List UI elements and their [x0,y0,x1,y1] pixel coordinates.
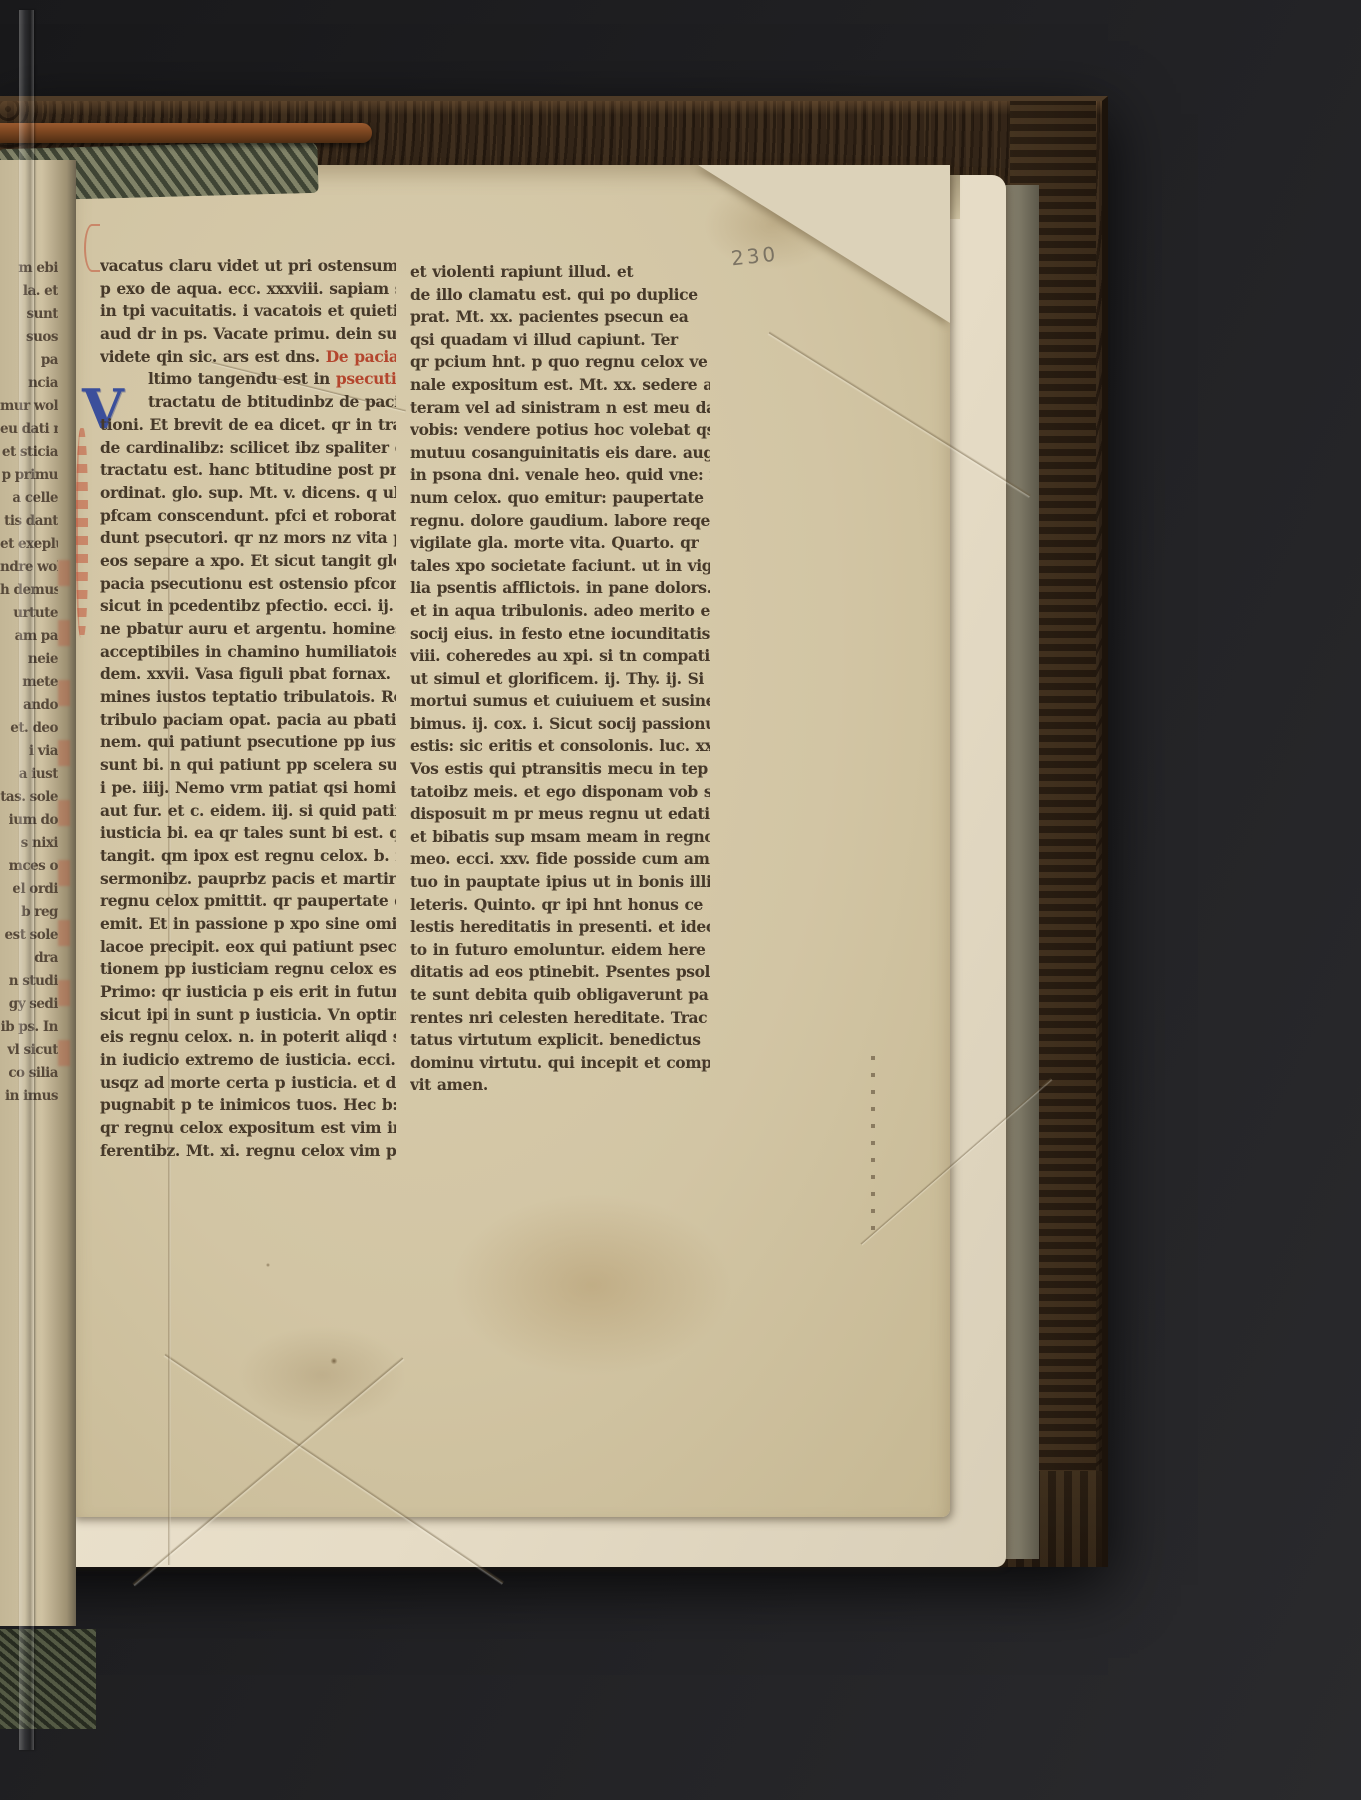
text-line: ordinat. glo. sup. Mt. v. dicens. q ubz … [100,483,396,506]
text-line: ltimo tangendu est in psecutioni [100,369,396,392]
text-line: usqz ad morte certa p iusticia. et ds ex [100,1073,396,1096]
text-line: eos separe a xpo. Et sicut tangit glo. i… [100,551,396,574]
text-line: pugnabit p te inimicos tuos. Hec b: [100,1095,396,1118]
glass-weight-strip [19,10,34,1750]
text-line: emit. Et in passione p xpo sine omi di [100,914,396,937]
text-line: tribulo paciam opat. pacia au pbatio [100,710,396,733]
text-line: in iudicio extremo de iusticia. ecci. ii… [100,1050,396,1073]
text-line: Primo: qr iusticia p eis erit in futuro [100,982,396,1005]
text-line: meo. ecci. xxv. fide posside cum amico [410,849,710,872]
text-line: rentes nri celesten hereditate. Trac [410,1008,710,1031]
text-line: tractatu de btitudinbz de pacia psecu [100,392,396,415]
text-line: mortui sumus et cuiuiuem et susine [410,691,710,714]
text-line: teram vel ad sinistram n est meu dare [410,398,710,421]
text-line: regnu. dolore gaudium. labore reqes. [410,511,710,534]
text-line: acceptibiles in chamino humiliatois. ei [100,642,396,665]
text-line: aut fur. et c. eidem. iij. si quid patim… [100,801,396,824]
text-line: to in futuro emoluntur. eidem here [410,940,710,963]
text-line: sermonibz. pauprbz pacis et martiribz [100,869,396,892]
text-line: lia psentis afflictois. in pane dolors. [410,578,710,601]
text-line: regnu celox pmittit. qr paupertate qd [100,891,396,914]
red-penwork-streaks [58,560,70,1080]
facing-page-sliver: m ebila. etsuntsuospanciamur woleu dati … [0,160,76,1626]
text-line: dominu virtutu. qui incepit et comple [410,1053,710,1076]
text-line: in psona dni. venale heo. quid vne: reg [410,465,710,488]
rubric-text: De pacia [326,347,396,366]
binding-rod [0,123,372,143]
text-line: nem. qui patiunt psecutione pp iusticia [100,732,396,755]
text-line: vit amen. [410,1075,710,1098]
text-line: mutuu cosanguinitatis eis dare. aug. [410,443,710,466]
text-line: lestis hereditatis in presenti. et ideo … [410,917,710,940]
text-line: qr pcium hnt. p quo regnu celox ve [410,352,710,375]
text-line: tractatu est. hanc btitudine post predca… [100,460,396,483]
text-line: lacoe precipit. eox qui patiunt psecu [100,937,396,960]
text-line: disposuit m pr meus regnu ut edatis [410,804,710,827]
text-column-right: et violenti rapiunt illud. etde illo cla… [410,262,710,1098]
rubric-text: psecutioni [336,369,396,388]
text-line: ditatis ad eos ptinebit. Psentes psolu [410,962,710,985]
text-line: de cardinalibz: scilicet ibz spaliter de… [100,438,396,461]
text-line: tatoibz meis. et ego disponam vob sic [410,782,710,805]
text-line: leteris. Quinto. qr ipi hnt honus ce [410,895,710,918]
text-line: nale expositum est. Mt. xx. sedere ad de… [410,375,710,398]
text-line: ne pbatur auru et argentu. homines u [100,619,396,642]
text-line: qr regnu celox expositum est vim in [100,1118,396,1141]
text-line: sunt bi. n qui patiunt pp scelera sua. [100,755,396,778]
folded-page-corner [698,165,950,323]
text-line: p exo de aqua. ecc. xxxviii. sapiam scri… [100,279,396,302]
text-line: in tpi vacuitatis. i vacatois et quietis… [100,301,396,324]
text-line: tatus virtutum explicit. benedictus [410,1030,710,1053]
text-line: socij eius. in festo etne iocunditatis. … [410,624,710,647]
text-line: tionem pp iusticiam regnu celox est. [100,959,396,982]
text-line: estis: sic eritis et consolonis. luc. xx… [410,736,710,759]
text-line: prat. Mt. xx. pacientes psecun ea [410,307,710,330]
text-line: aud dr in ps. Vacate primu. dein subdit [100,324,396,347]
text-line: tales xpo societate faciunt. ut in vigi [410,556,710,579]
text-line: et bibatis sup msam meam in regno [410,827,710,850]
text-line: i pe. iiij. Nemo vrm patiat qsi homicida [100,778,396,801]
text-line: pacia psecutionu est ostensio pfcors et … [100,574,396,597]
leather-top-edge [0,101,1102,115]
text-line: et in aqua tribulonis. adeo merito erit [410,601,710,624]
text-line: ferentibz. Mt. xi. regnu celox vim patit… [100,1141,396,1164]
text-line: vobis: vendere potius hoc volebat qsn [410,420,710,443]
text-line: tioni. Et brevit de ea dicet. qr in trac… [100,415,396,438]
text-line: sicut in pcedentibz pfectio. ecci. ij. I… [100,596,396,619]
text-line: pfcam conscendunt. pfci et roborati no c… [100,506,396,529]
text-line: viii. coheredes au xpi. si tn compatim [410,646,710,669]
text-line: num celox. quo emitur: paupertate [410,488,710,511]
text-line: mines iustos teptatio tribulatois. Ro. v… [100,687,396,710]
text-line: ut simul et glorificem. ij. Thy. ij. Si … [410,669,710,692]
red-penwork-flourish [84,224,100,272]
text-line: de illo clamatu est. qui po duplice [410,285,710,308]
spine-fabric-bottom [0,1629,96,1729]
text-line: eis regnu celox. n. in poterit aliqd sc [100,1027,396,1050]
text-line: vigilate gla. morte vita. Quarto. qr [410,533,710,556]
text-line: et violenti rapiunt illud. et [410,262,710,285]
text-line: videte qin sic. ars est dns. De pacia [100,347,396,370]
text-column-left: vacatus claru videt ut pri ostensum estp… [100,256,396,1164]
text-line: bimus. ij. cox. i. Sicut socij passionu [410,714,710,737]
text-line: Vos estis qui ptransitis mecu in tep [410,759,710,782]
text-line: dunt psecutori. qr nz mors nz vita pot [100,528,396,551]
text-line: dem. xxvii. Vasa figuli pbat fornax. et … [100,664,396,687]
text-line: tangit. qm ipox est regnu celox. b. in [100,846,396,869]
sewing-holes [871,1043,875,1243]
text-line: qsi quadam vi illud capiunt. Ter [410,330,710,353]
text-line: tuo in pauptate ipius ut in bonis illi [410,872,710,895]
folio-number: 230 [730,242,779,271]
text-line: vacatus claru videt ut pri ostensum est [100,256,396,279]
text-line: iusticia bi. ea qr tales sunt bi est. qd… [100,823,396,846]
manuscript-photo: m ebila. etsuntsuospanciamur woleu dati … [0,0,1361,1800]
text-line: te sunt debita quib obligaverunt pa [410,985,710,1008]
text-line: sicut ipi in sunt p iusticia. Vn optineb… [100,1005,396,1028]
